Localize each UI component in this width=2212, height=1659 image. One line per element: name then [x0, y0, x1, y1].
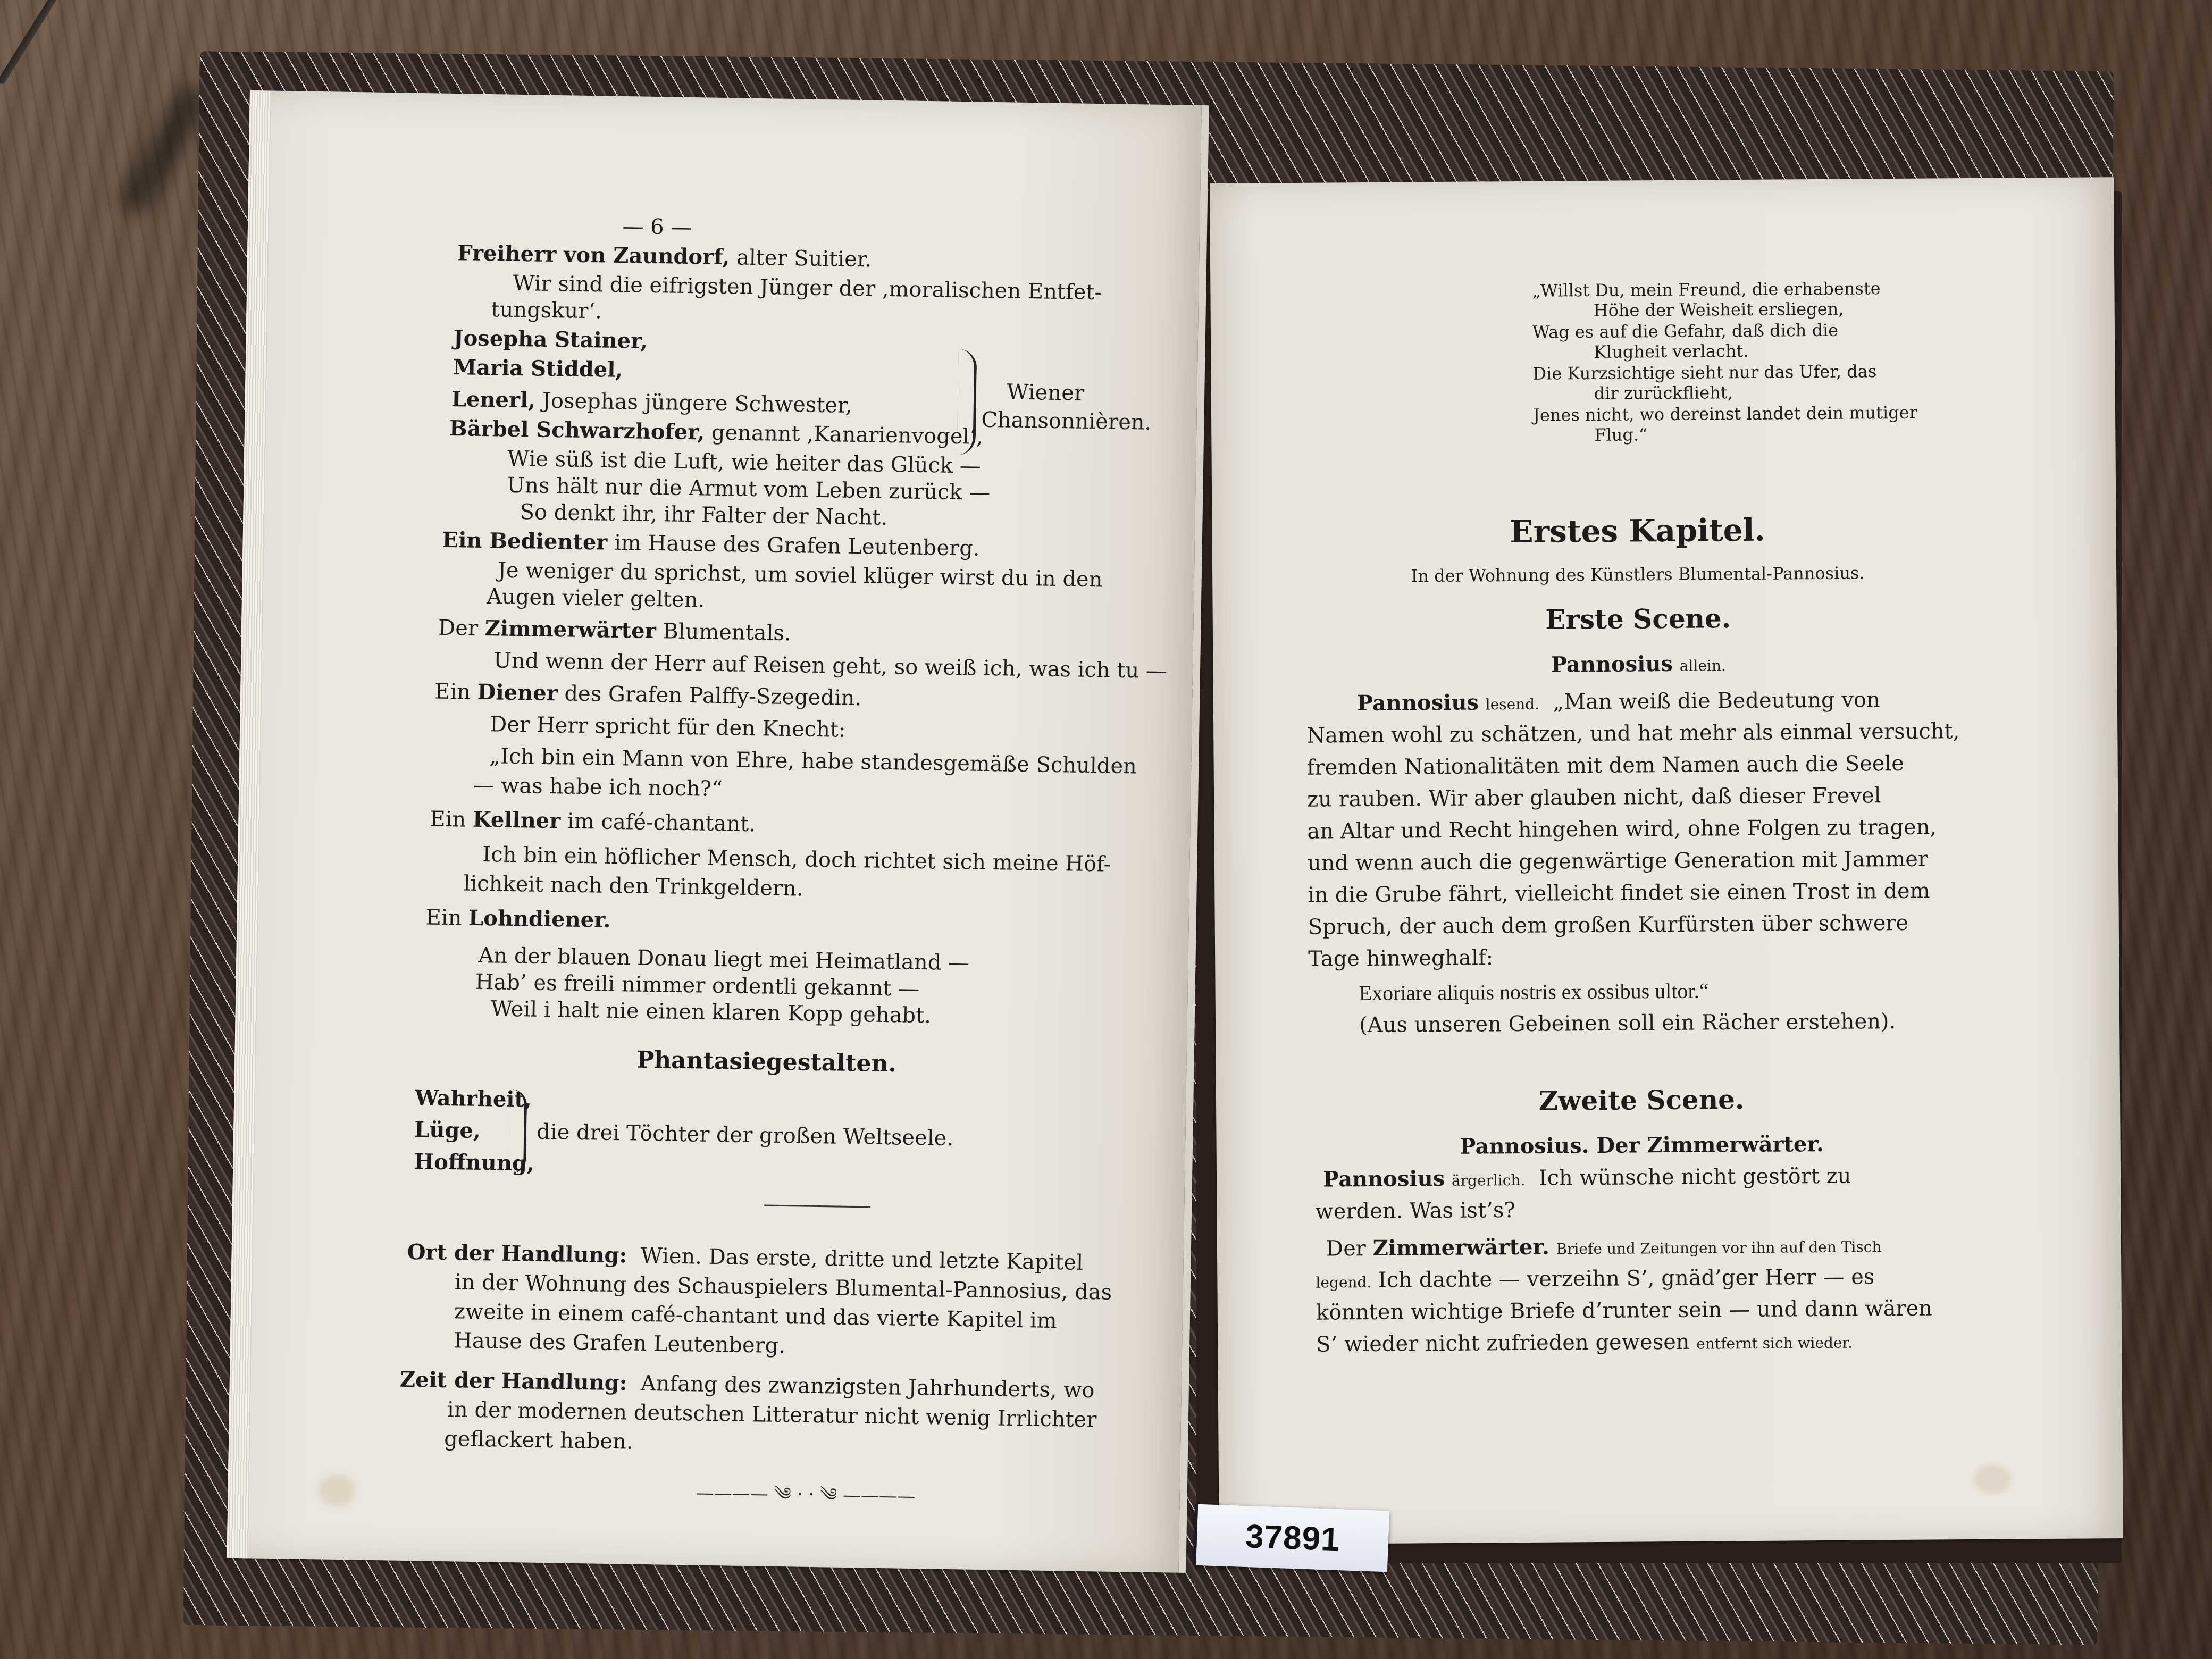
- epigraph-line: Klugheit verlacht.: [1594, 342, 1748, 361]
- paper-stain: [1974, 1465, 2011, 1494]
- setting-place-line: in der Wohnung des Schauspielers Blument…: [455, 1271, 1112, 1303]
- cast-entry: Bärbel Schwarzhofer, genannt ‚Kanarienvo…: [449, 418, 983, 448]
- cast-quote: Der Herr spricht für den Knecht:: [490, 714, 846, 741]
- cast-entry: Lenerl, Josephas jüngere Schwester,: [451, 389, 852, 416]
- dialogue-line: an Altar und Recht hingehen wird, ohne F…: [1307, 816, 1937, 842]
- setting-time-line: in der modernen deutschen Litteratur nic…: [447, 1399, 1097, 1430]
- cast-entry: Ein Kellner im café-chantant.: [430, 808, 756, 835]
- page-number: — 6 —: [546, 215, 769, 240]
- group-label: Chansonnièren.: [981, 409, 1115, 433]
- epigraph-line: Jenes nicht, wo dereinst landet dein mut…: [1533, 404, 1917, 424]
- chapter-subtitle: In der Wohnung des Künstlers Blumental-P…: [1372, 564, 1904, 585]
- allegory-name: Lüge,: [414, 1119, 481, 1142]
- cast-entry: Der Zimmerwärter Blumentals.: [438, 617, 791, 644]
- dialogue-line: Namen wohl zu schätzen, und hat mehr als…: [1306, 720, 1959, 747]
- dialogue-line: in die Grube fährt, vielleicht findet si…: [1308, 881, 1930, 906]
- cast-quote: lichkeit nach den Trinkgeldern.: [463, 873, 803, 899]
- allegory-desc: die drei Töchter der großen Weltseele.: [537, 1121, 953, 1149]
- setting-time: Zeit der Handlung: Anfang des zwanzigste…: [400, 1369, 1095, 1402]
- cast-quote: — was habe ich noch?“: [473, 775, 723, 800]
- setting-time-line: geflackert haben.: [444, 1428, 633, 1453]
- setting-place-line: Hause des Grafen Leutenberg.: [454, 1330, 786, 1356]
- epigraph-line: Wag es auf die Gefahr, daß dich die: [1532, 322, 1838, 341]
- dialogue-line: und wenn auch die gegenwärtige Generatio…: [1308, 849, 1928, 874]
- cast-entry: Freiherr von Zaundorf, alter Suitier.: [457, 242, 872, 270]
- cast-entry: Ein Diener des Grafen Palffy-Szegedin.: [434, 681, 862, 709]
- translation: (Aus unseren Gebeinen soll ein Rächer er…: [1359, 1011, 1896, 1036]
- cast-quote: So denkt ihr, ihr Falter der Nacht.: [520, 501, 887, 529]
- divider: [764, 1204, 870, 1208]
- cast-quote: Und wenn der Herr auf Reisen geht, so we…: [493, 650, 1167, 682]
- cast-entry: Ein Bedienter im Hause des Grafen Leuten…: [442, 530, 979, 559]
- dialogue-line: Pannosius lesend. „Man weiß die Bedeutun…: [1357, 689, 1880, 714]
- dialogue-line: zu rauben. Wir aber glauben nicht, daß d…: [1307, 785, 1881, 810]
- scene-title: Zweite Scene.: [1455, 1086, 1828, 1115]
- cast-quote: Weil i halt nie einen klaren Kopp gehabt…: [491, 998, 932, 1026]
- cast-quote: Uns hält nur die Armut vom Leben zurück …: [507, 475, 990, 504]
- dialogue-line: fremden Nationalitäten mit dem Namen auc…: [1307, 753, 1905, 778]
- cast-quote: Augen vieler gelten.: [487, 586, 705, 610]
- dialogue-line: Der Zimmerwärter. Briefe und Zeitungen v…: [1326, 1234, 1882, 1259]
- dialogue-line: könnten wichtige Briefe d’runter sein — …: [1316, 1298, 1932, 1323]
- epigraph-line: „Willst Du, mein Freund, die erhabenste: [1532, 280, 1881, 299]
- right-page: „Willst Du, mein Freund, die erhabenste …: [1210, 177, 2123, 1545]
- group-brace: [957, 349, 977, 456]
- epigraph-line: dir zurückflieht,: [1594, 384, 1733, 402]
- scene-cast: Pannosius allein.: [1452, 652, 1824, 676]
- dialogue-line: S’ wieder nicht zufrieden gewesen entfer…: [1316, 1330, 1853, 1355]
- cast-quote: An der blauen Donau liegt mei Heimatland…: [478, 945, 969, 974]
- latin-quote: Exoriare aliquis nostris ex ossibus ulto…: [1359, 980, 1709, 1004]
- dialogue-line: Pannosius ärgerlich. Ich wünsche nicht g…: [1323, 1166, 1851, 1191]
- cast-entry: Ein Lohndiener.: [425, 907, 611, 931]
- inventory-label: 37891: [1193, 1504, 1389, 1572]
- cast-quote: Ich bin ein höflicher Mensch, doch richt…: [482, 844, 1111, 875]
- epigraph-line: Flug.“: [1594, 426, 1647, 443]
- pen: [0, 0, 110, 86]
- setting-place-line: zweite in einem café-chantant und das vi…: [454, 1301, 1057, 1331]
- dialogue-line: werden. Was ist’s?: [1315, 1200, 1515, 1222]
- cast-entry: Josepha Stainer,: [453, 328, 648, 352]
- scene-cast: Pannosius. Der Zimmerwärter.: [1403, 1133, 1881, 1158]
- cast-quote: Wie süß ist die Luft, wie heiter das Glü…: [507, 448, 981, 477]
- group-brace: [509, 1089, 527, 1174]
- chapter-title: Erstes Kapitel.: [1425, 514, 1850, 548]
- epigraph-line: Höhe der Weisheit ersliegen,: [1594, 300, 1844, 319]
- cast-quote: Hab’ es freili nimmer ordentli gekannt —: [475, 971, 919, 1000]
- dialogue-line: legend. Ich dachte — verzeihn S’, gnäd’g…: [1316, 1266, 1874, 1291]
- left-page: — 6 — Freiherr von Zaundorf, alter Suiti…: [227, 90, 1209, 1573]
- cast-entry: Maria Stiddel,: [453, 357, 623, 381]
- section-heading: Phantasiegestalten.: [607, 1048, 926, 1076]
- cast-quote: „Ich bin ein Mann von Ehre, habe standes…: [489, 745, 1137, 777]
- group-label: Wiener: [984, 381, 1107, 405]
- dialogue-line: Spruch, der auch dem großen Kurfürsten ü…: [1308, 912, 1909, 938]
- cast-quote: tungskur‘.: [491, 299, 602, 322]
- epigraph-line: Die Kurzsichtige sieht nur das Ufer, das: [1532, 363, 1876, 382]
- dialogue-line: Tage hinweghalf:: [1308, 947, 1493, 969]
- setting-place: Ort der Handlung: Wien. Das erste, dritt…: [407, 1242, 1083, 1273]
- ornament-divider: ———— ༄ · · ༄ ————: [696, 1472, 916, 1527]
- scene-title: Erste Scene.: [1452, 605, 1824, 634]
- paper-stain: [318, 1474, 356, 1506]
